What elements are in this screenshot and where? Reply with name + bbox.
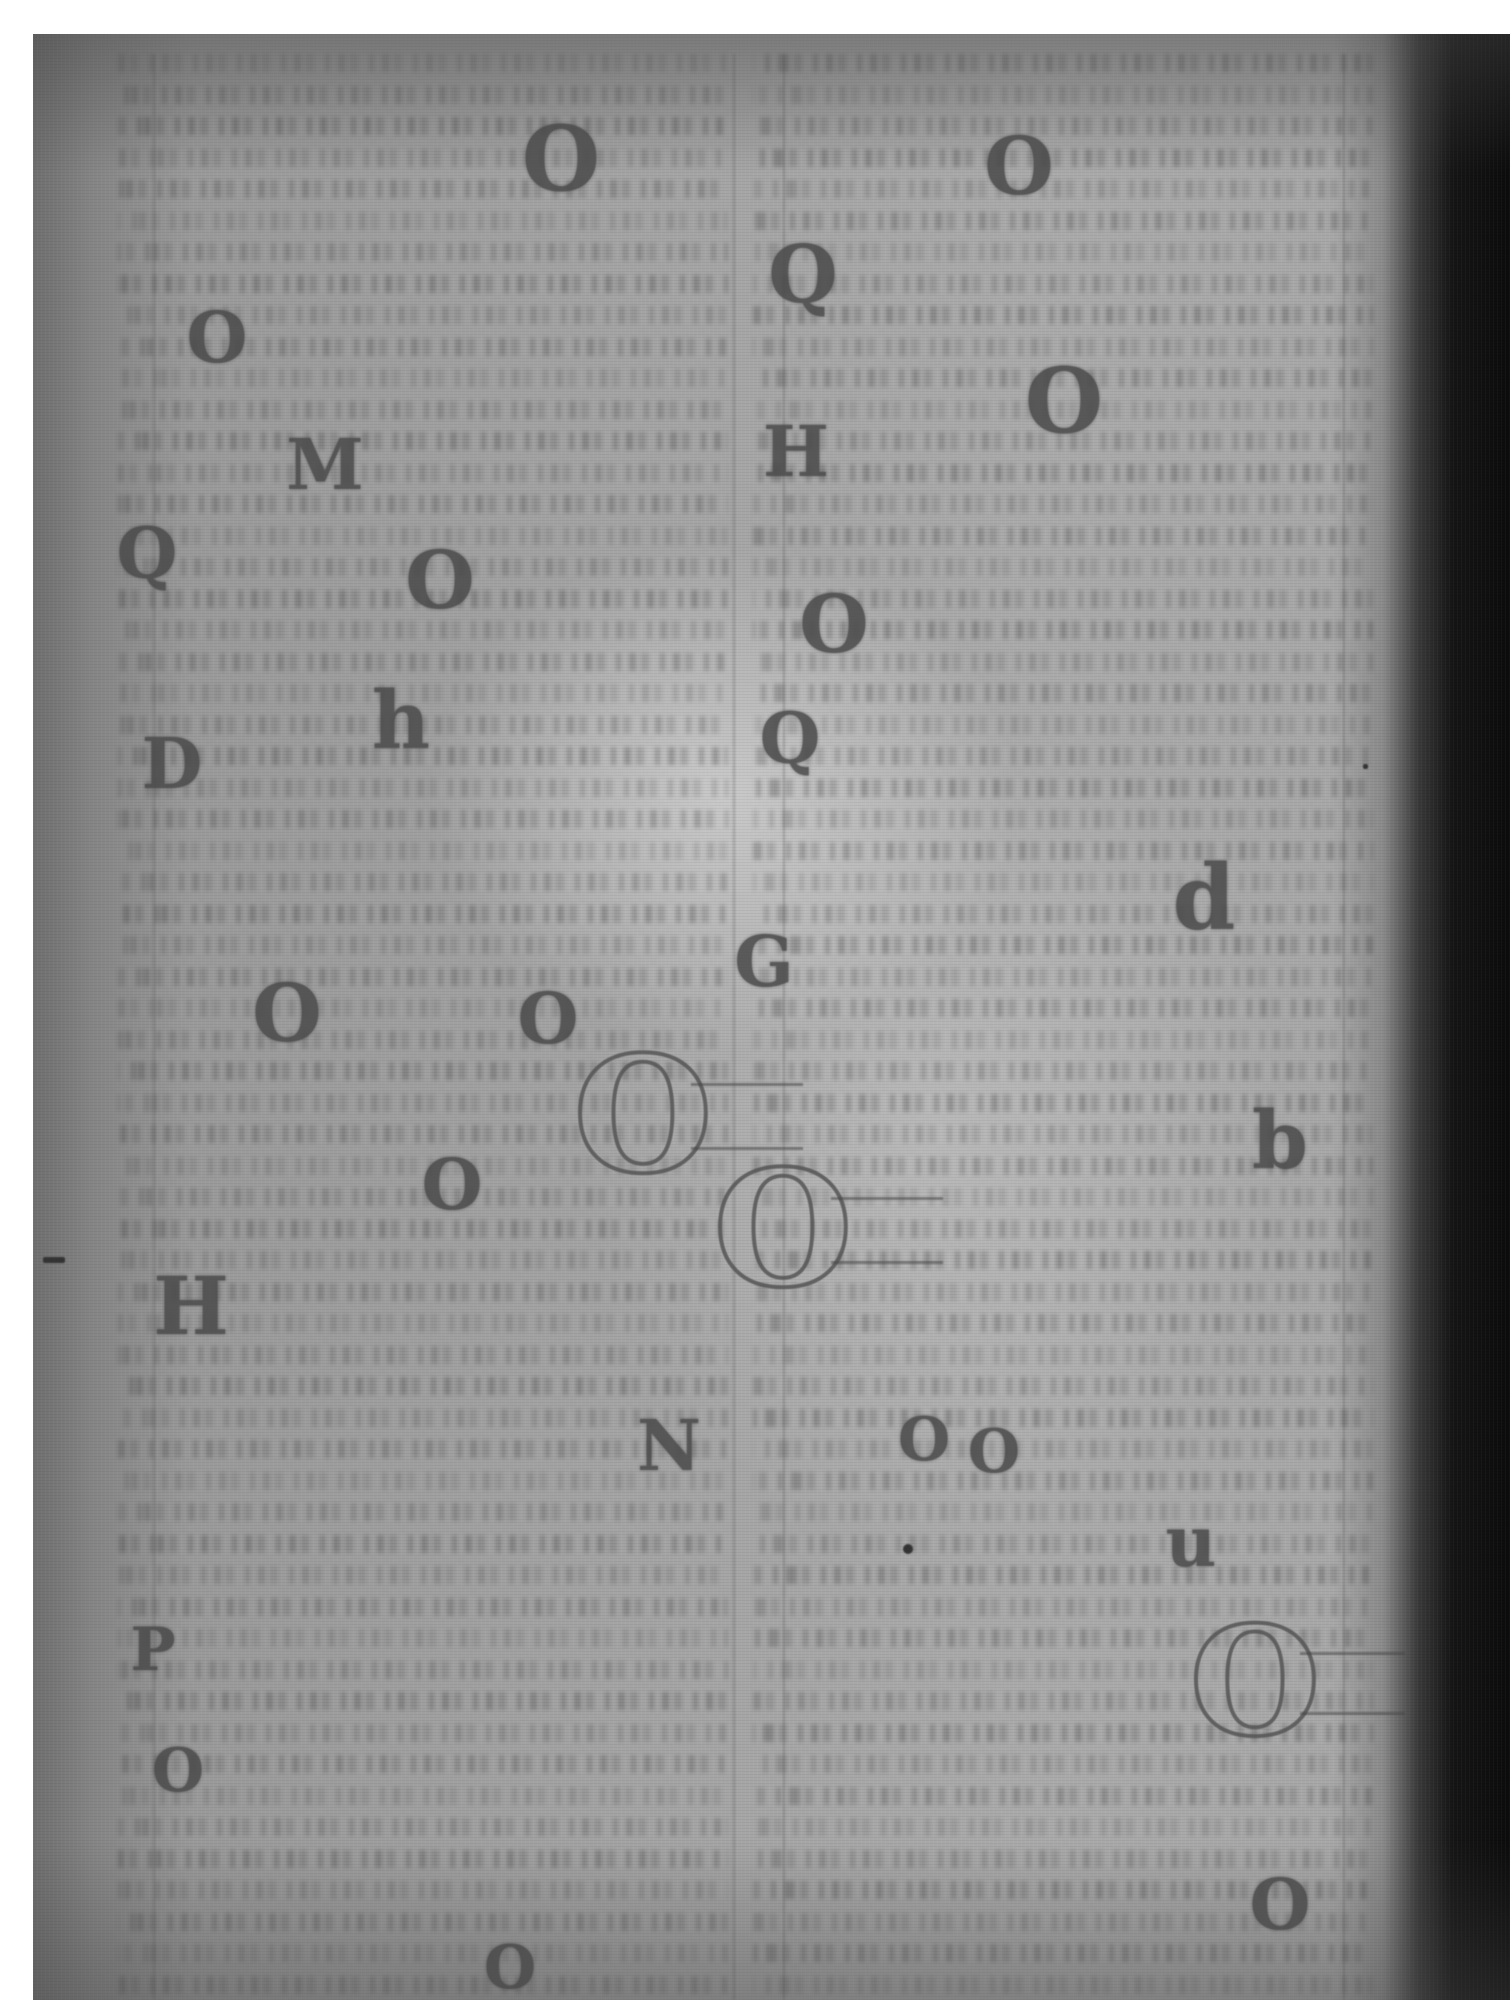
initial-letter-d-icon: D bbox=[142, 729, 203, 799]
initial-letter-q-icon: Q bbox=[117, 519, 178, 589]
initial-letter-o-icon: O bbox=[152, 1741, 204, 1801]
initial-letter-u-icon: u bbox=[1166, 1507, 1217, 1577]
initial-letter-o-icon: O bbox=[1250, 1870, 1311, 1940]
initial-letter-d-icon: d bbox=[1173, 853, 1236, 943]
initial-letter-m-icon: M bbox=[286, 430, 364, 500]
initial-letter-o-icon: O bbox=[898, 1410, 950, 1470]
initial-letter-o-icon: O bbox=[1025, 356, 1103, 446]
initial-letter-o-icon: O bbox=[522, 114, 600, 204]
initial-letter-o-icon: O bbox=[252, 973, 322, 1053]
initial-letter-o-icon: O bbox=[968, 1422, 1020, 1482]
initial-letter-q-icon: Q bbox=[760, 704, 821, 774]
initial-letter-o-icon: O bbox=[484, 1938, 536, 1998]
margin-mark bbox=[43, 1257, 65, 1263]
initial-letter-g-icon: G bbox=[734, 927, 794, 997]
initial-flourish bbox=[831, 1261, 943, 1264]
manuscript-photograph: OOQOOMHQOOhDQdGOOOObOHNOOuPOOOO bbox=[33, 34, 1510, 2000]
initial-letter-o-icon: O bbox=[422, 1150, 483, 1220]
initial-letter-h-icon: H bbox=[763, 417, 829, 487]
top-vignette bbox=[33, 34, 1510, 174]
initial-letter-b-icon: b bbox=[1252, 1100, 1308, 1180]
initial-letter-h-icon: H bbox=[153, 1266, 229, 1346]
initial-letter-h-icon: h bbox=[372, 680, 430, 760]
initial-letter-n-icon: N bbox=[637, 1411, 701, 1481]
ink-blot bbox=[903, 1544, 913, 1554]
initial-letter-o-icon: O bbox=[984, 126, 1054, 206]
initial-letter-o-icon: O bbox=[187, 303, 248, 373]
initial-letter-p-icon: P bbox=[130, 1620, 175, 1680]
initial-flourish bbox=[1300, 1712, 1405, 1715]
initial-flourish bbox=[1300, 1652, 1405, 1655]
initial-letter-o-icon: O bbox=[518, 984, 579, 1054]
initial-letter-o-icon: O bbox=[799, 584, 869, 664]
initial-letter-o-icon: O bbox=[573, 1035, 712, 1195]
initial-flourish bbox=[691, 1083, 803, 1086]
initial-letter-o-icon: O bbox=[713, 1149, 852, 1309]
margin-dot bbox=[1363, 764, 1368, 769]
initial-letter-q-icon: Q bbox=[768, 234, 838, 314]
initial-flourish bbox=[831, 1197, 943, 1200]
initial-letter-o-icon: O bbox=[1190, 1607, 1321, 1757]
initial-letter-o-icon: O bbox=[405, 540, 475, 620]
